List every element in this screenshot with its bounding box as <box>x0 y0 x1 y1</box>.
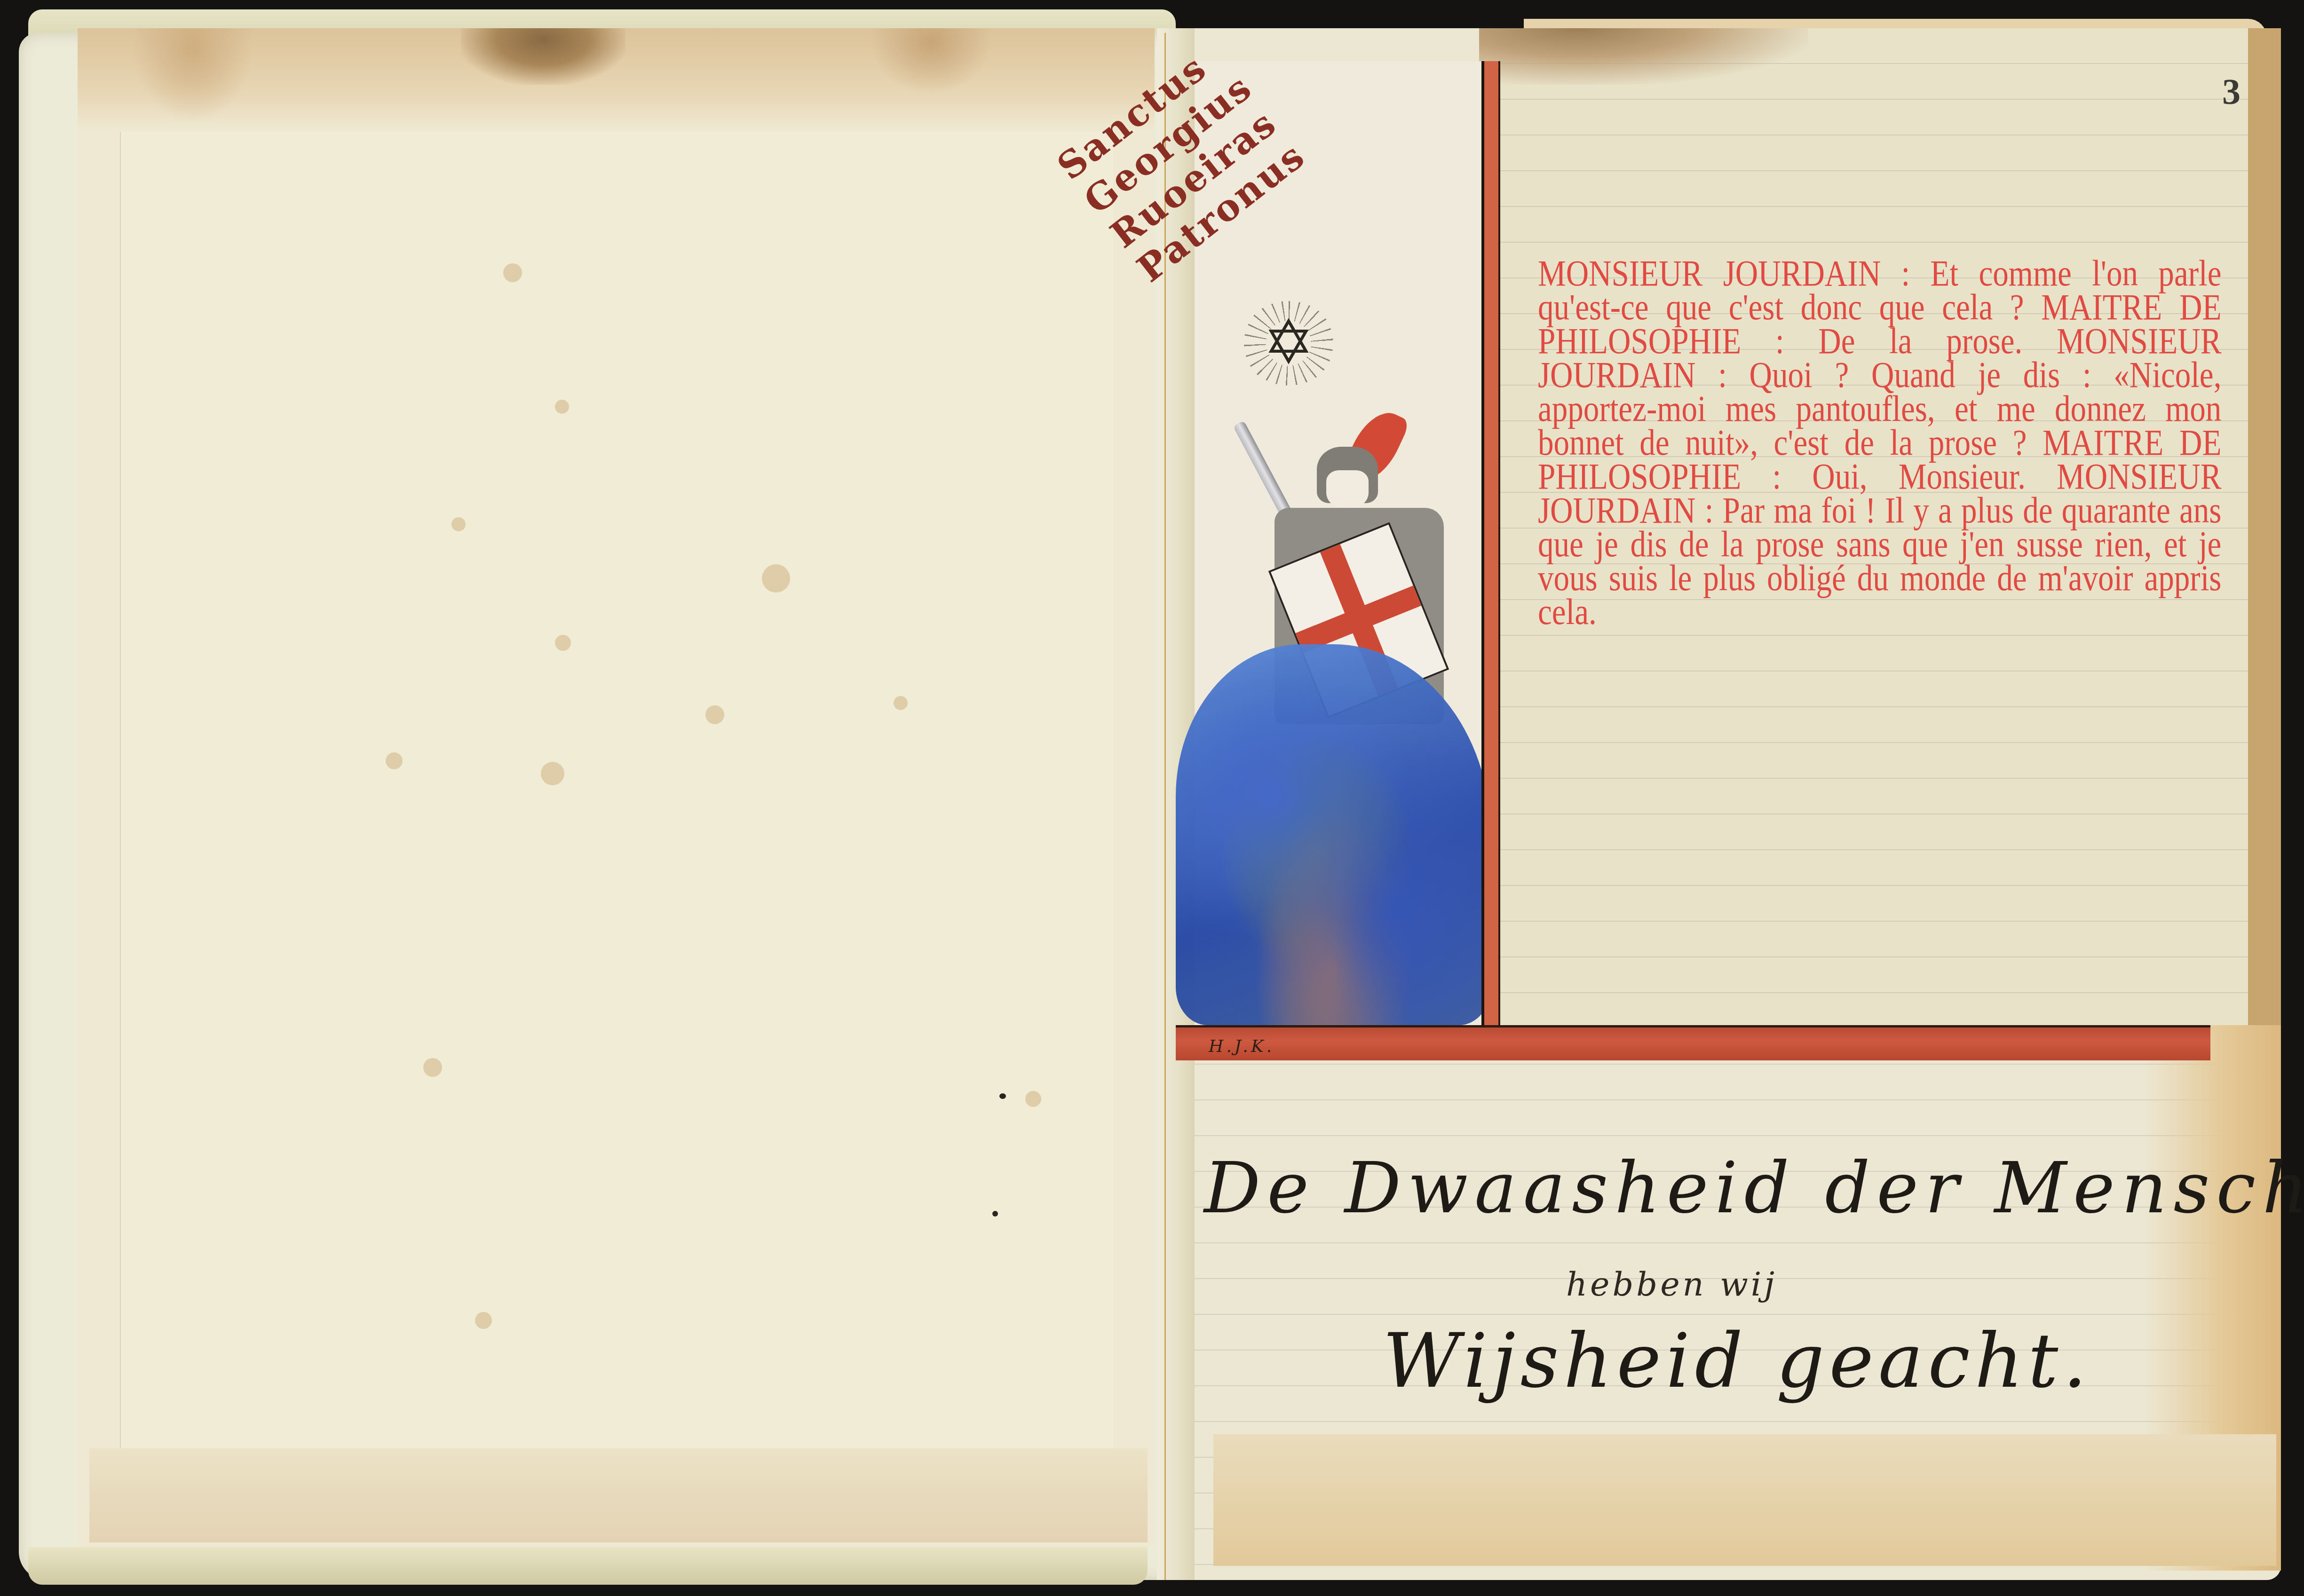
calligraphy-line-1: De Dwaasheid der Menschen <box>1204 1147 2304 1229</box>
red-border-vertical <box>1481 61 1500 1030</box>
left-page-leaf <box>120 132 1113 1477</box>
page-bottom-band <box>1213 1434 2276 1566</box>
foxing-spot <box>762 564 790 593</box>
water-stain <box>132 28 254 122</box>
star-icon: ✡ <box>1251 306 1326 381</box>
foxing-spot <box>386 752 403 769</box>
foxing-spot <box>423 1058 442 1077</box>
red-border-horizontal <box>1176 1025 2210 1060</box>
foxing-spot <box>705 705 724 724</box>
page-number: 3 <box>2222 71 2241 113</box>
left-page-bottom-band <box>89 1448 1148 1542</box>
moliere-quote: MONSIEUR JOURDAIN : Et comme l'on parle … <box>1538 256 2221 629</box>
foxing-spot <box>451 517 466 531</box>
foxing-spot <box>541 762 564 785</box>
calligraphy-line-2: hebben wij <box>1566 1265 1777 1304</box>
foxing-spot <box>555 400 569 414</box>
ink-speck <box>992 1211 998 1217</box>
water-stain <box>1479 28 1808 85</box>
foxing-spot <box>475 1312 492 1329</box>
dragon-drawing <box>1176 644 1491 1025</box>
page-edge-strip <box>2248 28 2281 1025</box>
water-stain <box>870 28 992 94</box>
foxing-spot <box>503 263 522 282</box>
calligraphy-line-3: Wijsheid geacht. <box>1383 1317 2091 1405</box>
ink-speck <box>999 1093 1006 1099</box>
foxing-spot <box>894 696 908 710</box>
knight-face-drawing <box>1326 470 1369 508</box>
foxing-spot <box>555 635 571 651</box>
book-cover-bottom-edge <box>28 1547 1148 1585</box>
water-stain <box>461 28 625 85</box>
artist-initials: H.J.K. <box>1209 1037 1275 1056</box>
foxing-spot <box>1025 1091 1041 1107</box>
